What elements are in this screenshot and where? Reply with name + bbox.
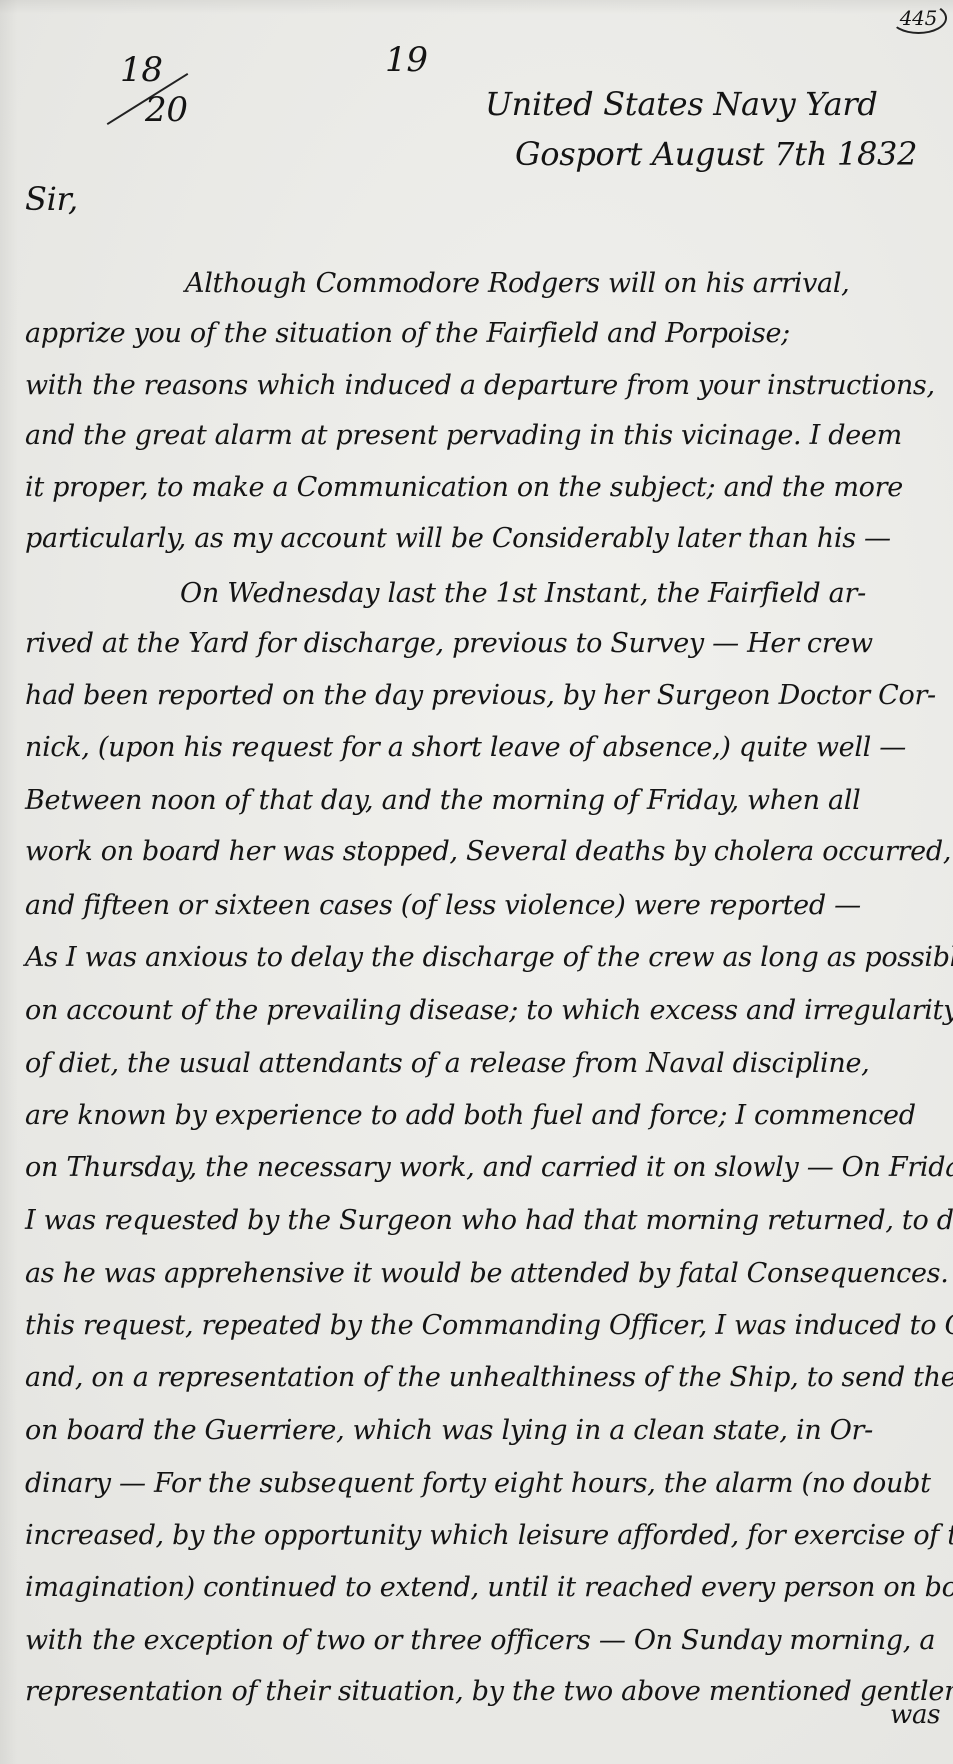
manuscript-line: this request, repeated by the Commanding… [25,1310,953,1341]
folio-number: 445 [890,2,947,34]
manuscript-line: On Wednesday last the 1st Instant, the F… [180,578,866,609]
manuscript-line: had been reported on the day previous, b… [25,680,936,711]
page-number: 19 [385,40,428,80]
catchword: was [890,1700,940,1730]
manuscript-line: are known by experience to add both fuel… [25,1100,916,1131]
manuscript-line: and fifteen or sixteen cases (of less vi… [25,890,861,921]
manuscript-line: and, on a representation of the unhealth… [25,1362,953,1393]
manuscript-line: with the exception of two or three offic… [25,1625,935,1656]
manuscript-line: on Thursday, the necessary work, and car… [25,1152,953,1183]
manuscript-line: on account of the prevailing disease; to… [25,995,953,1026]
manuscript-line: imagination) continued to extend, until … [25,1572,953,1603]
manuscript-line: rived at the Yard for discharge, previou… [25,628,873,659]
fraction-numerator: 18 [120,50,163,90]
salutation: Sir, [25,180,78,218]
manuscript-line: I was requested by the Surgeon who had t… [25,1205,953,1236]
manuscript-line: as he was apprehensive it would be atten… [25,1258,953,1289]
manuscript-line: and the great alarm at present pervading… [25,420,902,451]
manuscript-line: nick, (upon his request for a short leav… [25,732,906,763]
manuscript-line: work on board her was stopped, Several d… [25,836,951,867]
manuscript-line: it proper, to make a Communication on th… [25,472,903,503]
manuscript-line: Between noon of that day, and the mornin… [25,785,860,816]
manuscript-line: dinary — For the subsequent forty eight … [25,1468,931,1499]
letter-date: Gosport August 7th 1832 [515,135,917,173]
manuscript-line: on board the Guerriere, which was lying … [25,1415,873,1446]
manuscript-line: increased, by the opportunity which leis… [25,1520,953,1551]
manuscript-line: Although Commodore Rodgers will on his a… [185,268,849,299]
archival-fraction-note: 18 20 [100,50,210,140]
manuscript-line: particularly, as my account will be Cons… [25,523,891,554]
manuscript-line: representation of their situation, by th… [25,1676,953,1707]
fraction-denominator: 20 [145,90,188,130]
manuscript-line: apprize you of the situation of the Fair… [25,318,790,349]
manuscript-line: of diet, the usual attendants of a relea… [25,1048,869,1079]
manuscript-line: with the reasons which induced a departu… [25,370,935,401]
manuscript-page: 445 18 20 19 United States Navy Yard Gos… [0,0,953,1764]
letter-place: United States Navy Yard [485,85,878,123]
manuscript-line: As I was anxious to delay the discharge … [25,942,953,973]
